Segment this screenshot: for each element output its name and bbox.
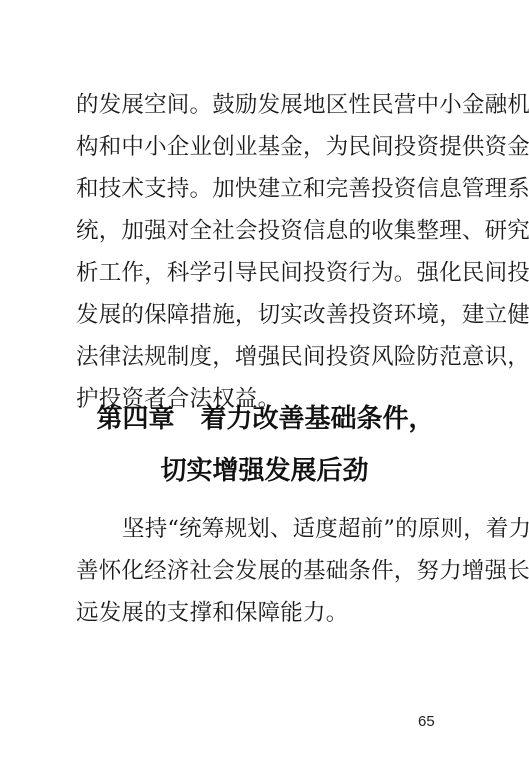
body-paragraph-2: 坚持“统筹规划、适度超前”的原则，着力改 善怀化经济社会发展的基础条件，努力增强… xyxy=(76,508,456,634)
text-line: 统，加强对全社会投资信息的收集整理、研究分 xyxy=(76,210,456,252)
page-number: 65 xyxy=(418,713,435,730)
text-line: 善怀化经济社会发展的基础条件，努力增强长 xyxy=(76,550,456,592)
text-line: 坚持“统筹规划、适度超前”的原则，着力改 xyxy=(76,508,456,550)
chapter-heading-line-1: 第四章着力改善基础条件， xyxy=(0,393,529,445)
text-line: 法律法规制度，增强民间投资风险防范意识，维 xyxy=(76,336,456,378)
chapter-label: 第四章 xyxy=(96,404,174,434)
book-page: 的发展空间。鼓励发展地区性民营中小金融机 构和中小企业创业基金，为民间投资提供资… xyxy=(0,0,529,774)
text-line: 发展的保障措施，切实改善投资环境，建立健全 xyxy=(76,294,456,336)
text-line: 析工作，科学引导民间投资行为。强化民间投资 xyxy=(76,252,456,294)
body-paragraph-1: 的发展空间。鼓励发展地区性民营中小金融机 构和中小企业创业基金，为民间投资提供资… xyxy=(76,84,456,420)
text-line: 构和中小企业创业基金，为民间投资提供资金 xyxy=(76,126,456,168)
text-line: 远发展的支撑和保障能力。 xyxy=(76,592,456,634)
text-line: 和技术支持。加快建立和完善投资信息管理系 xyxy=(76,168,456,210)
chapter-heading: 第四章着力改善基础条件， 切实增强发展后劲 xyxy=(0,393,529,497)
chapter-title-line-1: 着力改善基础条件， xyxy=(201,404,435,434)
text-line: 的发展空间。鼓励发展地区性民营中小金融机 xyxy=(76,84,456,126)
chapter-title-line-2: 切实增强发展后劲 xyxy=(0,445,529,497)
